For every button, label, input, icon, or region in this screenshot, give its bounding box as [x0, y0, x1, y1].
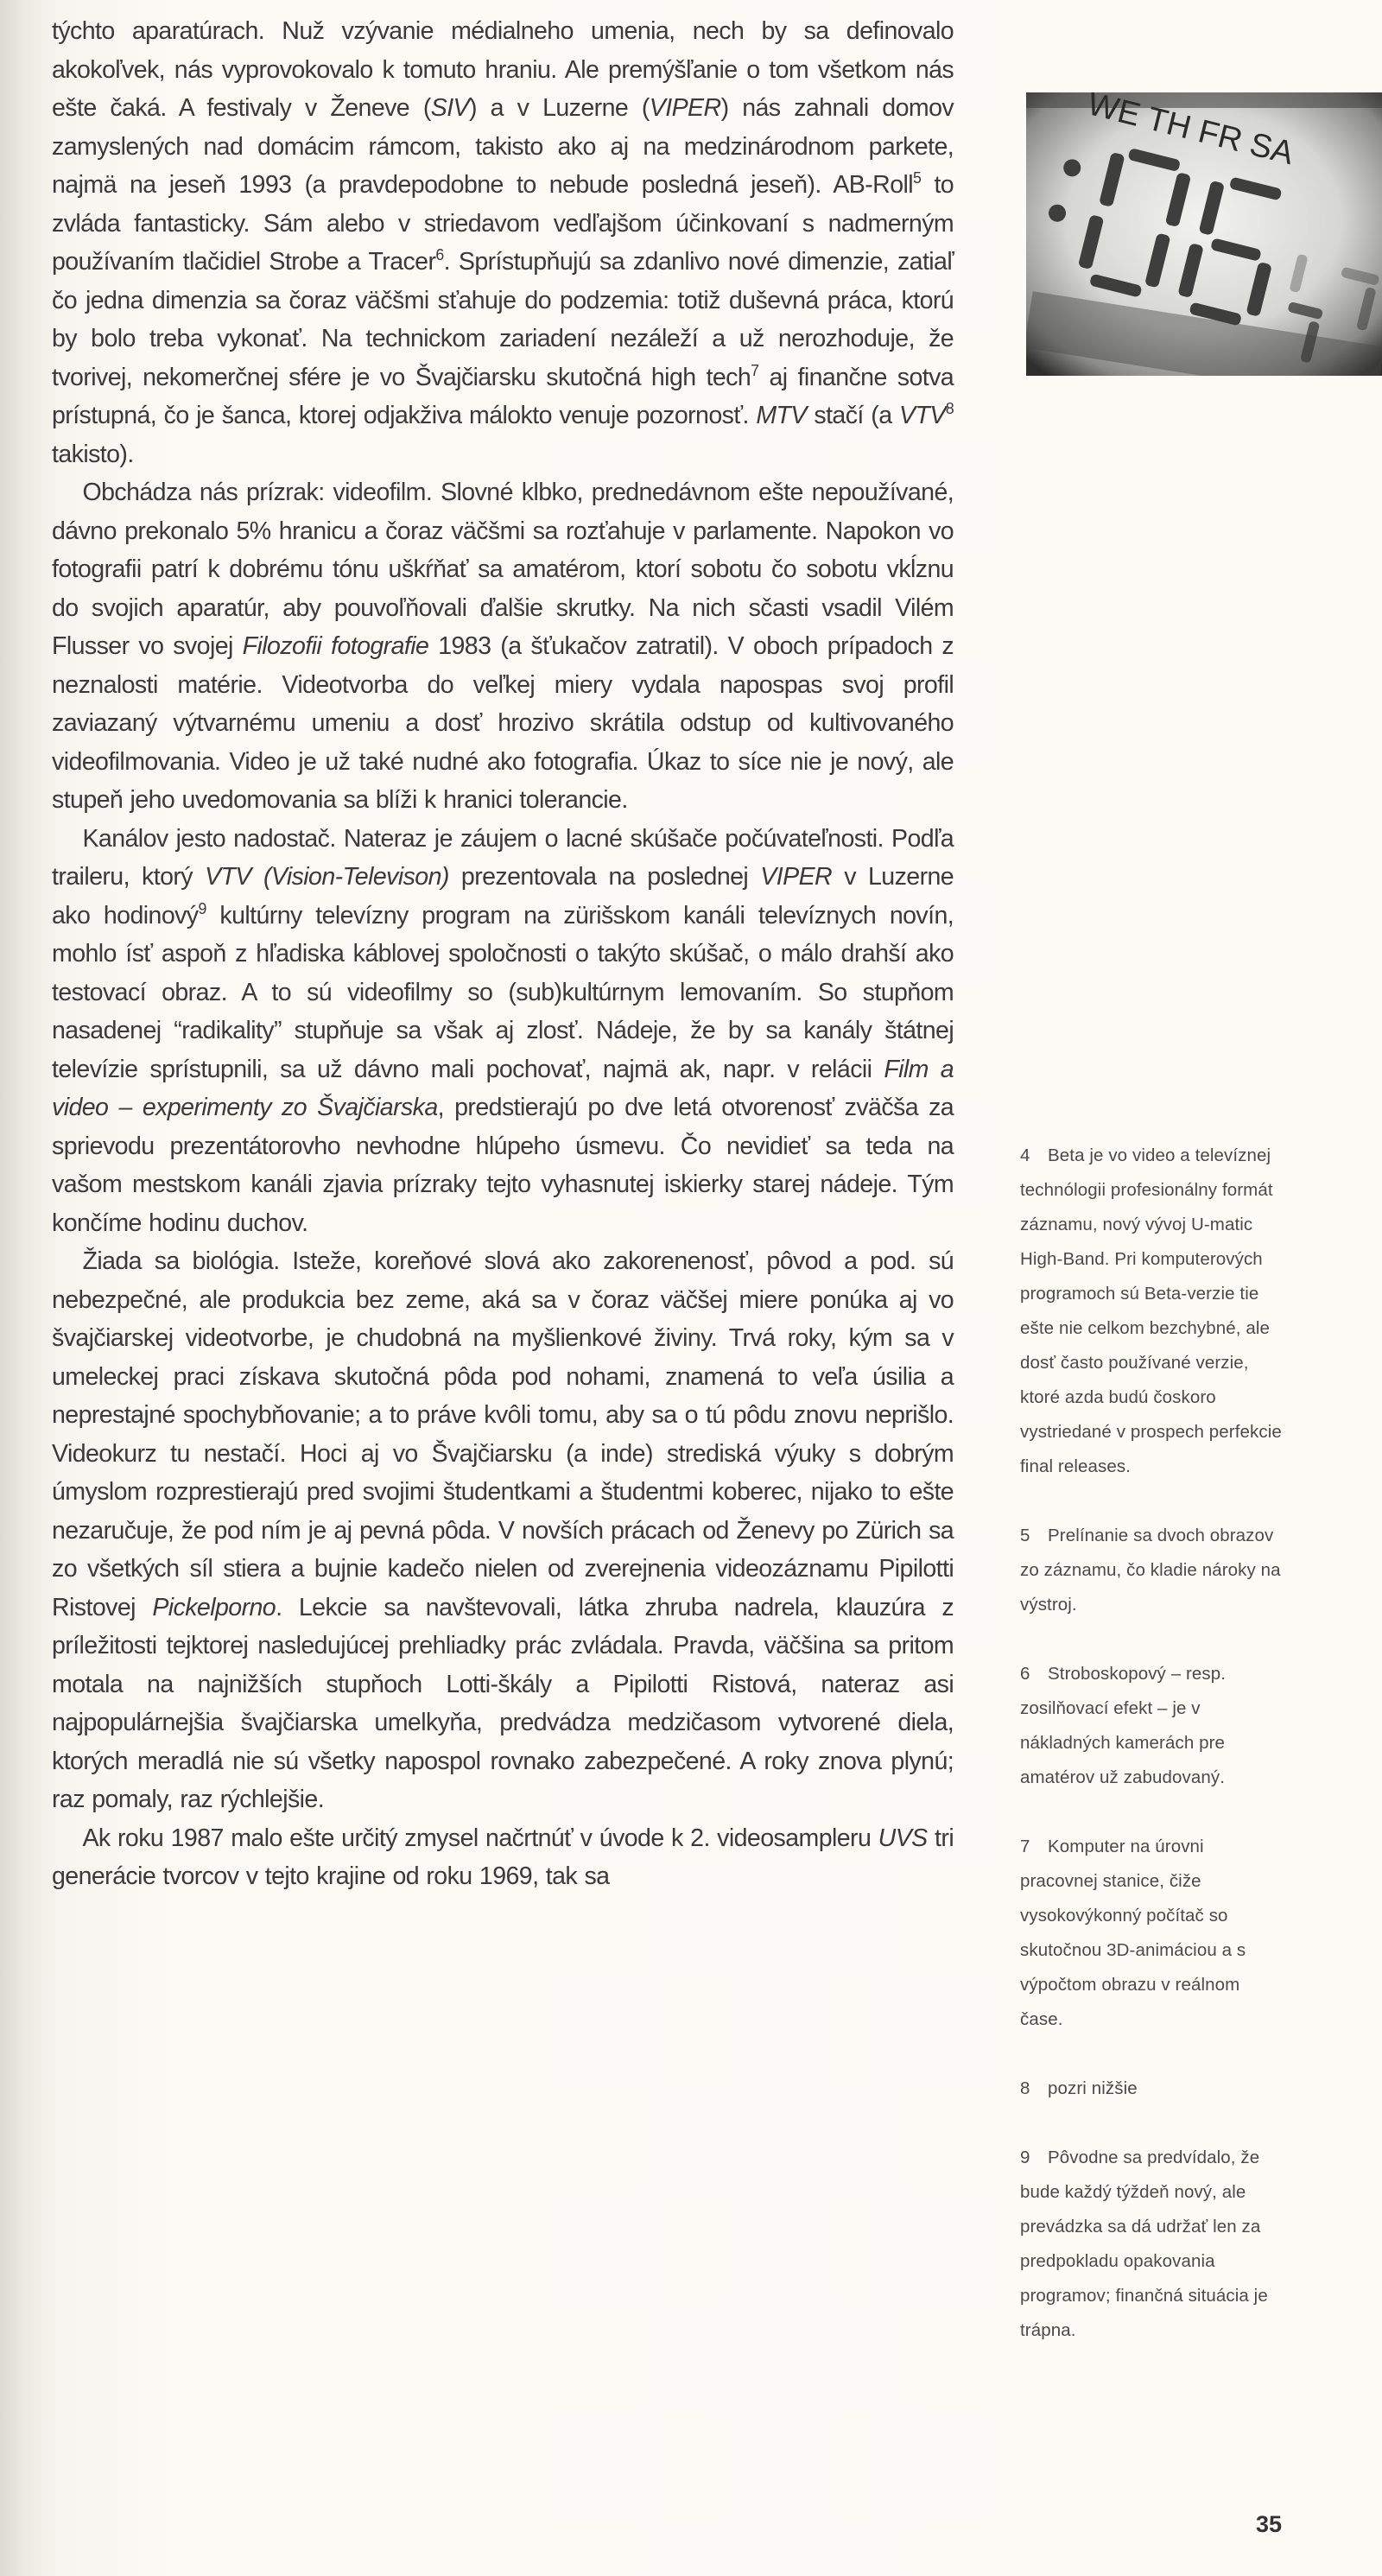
italic-title: VIPER [650, 94, 721, 122]
footnote-8: 8pozri nižšie [1020, 2072, 1284, 2106]
italic-title: Pickelporno [152, 1594, 276, 1621]
paragraph-1: týchto aparatúrach. Nuž vzývanie médialn… [52, 12, 954, 473]
footnote-number: 9 [1020, 2141, 1048, 2175]
footnote-text: Prelínanie sa dvoch obrazov zo záznamu, … [1020, 1526, 1281, 1615]
paragraph-2: Obchádza nás prízrak: videofilm. Slovné … [52, 473, 954, 820]
italic-title: VTV (Vision-Televison) [205, 863, 449, 891]
italic-title: VTV [899, 402, 946, 429]
footnote-ref: 9 [199, 900, 206, 917]
footnote-text: Beta je vo video a televíznej technólogi… [1020, 1145, 1282, 1476]
footnote-number: 7 [1020, 1830, 1048, 1864]
footnote-text: Komputer na úrovni pracovnej stanice, či… [1020, 1837, 1246, 2029]
italic-title: VIPER [760, 863, 832, 891]
body-text-column: týchto aparatúrach. Nuž vzývanie médialn… [52, 12, 954, 1896]
italic-title: Film a video – experimenty zo Švajčiarsk… [52, 1056, 954, 1122]
footnote-ref: 5 [913, 169, 921, 187]
footnote-ref: 7 [751, 362, 758, 379]
footnote-4: 4Beta je vo video a televíznej technólog… [1020, 1139, 1284, 1484]
footnotes-column: 4Beta je vo video a televíznej technólog… [1020, 1139, 1284, 2382]
italic-title: UVS [878, 1824, 928, 1852]
footnote-text: pozri nižšie [1048, 2078, 1138, 2098]
page-number: 35 [1256, 2511, 1282, 2538]
italic-title: Filozofii fotografie [243, 632, 429, 660]
italic-title: MTV [756, 402, 807, 429]
footnote-9: 9Pôvodne sa predvídalo, že bude každý tý… [1020, 2141, 1284, 2348]
footnote-text: Pôvodne sa predvídalo, že bude každý týž… [1020, 2148, 1268, 2340]
footnote-number: 6 [1020, 1657, 1048, 1691]
paragraph-5: Ak roku 1987 malo ešte určitý zmysel nač… [52, 1819, 954, 1896]
paragraph-3: Kanálov jesto nadostač. Nateraz je záuje… [52, 820, 954, 1243]
footnote-5: 5Prelínanie sa dvoch obrazov zo záznamu,… [1020, 1519, 1284, 1622]
footnote-6: 6Stroboskopový – resp. zosilňovací efekt… [1020, 1657, 1284, 1795]
lcd-clock-image-icon: WE TH FR SA [1026, 92, 1382, 376]
footnote-number: 5 [1020, 1519, 1048, 1553]
italic-title: SIV [431, 94, 469, 122]
footnote-ref: 6 [435, 246, 443, 263]
footnote-number: 8 [1020, 2072, 1048, 2106]
footnote-ref: 8 [946, 400, 954, 417]
paragraph-4: Žiada sa biológia. Isteže, koreňové slov… [52, 1242, 954, 1819]
footnote-7: 7Komputer na úrovni pracovnej stanice, č… [1020, 1830, 1284, 2037]
footnote-number: 4 [1020, 1139, 1048, 1173]
footnote-text: Stroboskopový – resp. zosilňovací efekt … [1020, 1664, 1226, 1787]
lcd-clock-photo: WE TH FR SA [1026, 92, 1382, 376]
